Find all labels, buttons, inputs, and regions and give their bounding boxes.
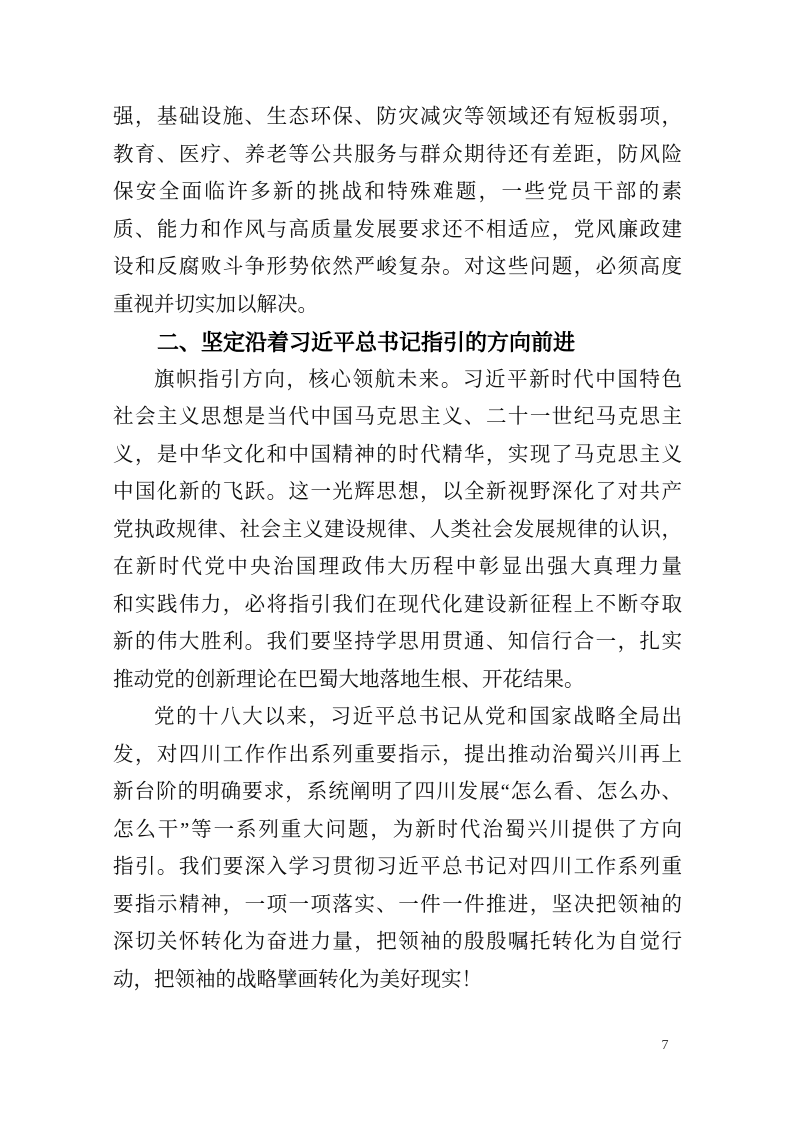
text-line: 中国化新的飞跃。这一光辉思想，以全新视野深化了对共产	[113, 474, 682, 512]
text-line: 深切关怀转化为奋进力量，把领袖的殷殷嘱托转化为自觉行	[113, 924, 682, 962]
text-line: 在新时代党中央治国理政伟大历程中彰显出强大真理力量	[113, 549, 682, 587]
text-line: 社会主义思想是当代中国马克思主义、二十一世纪马克思主	[113, 399, 682, 437]
text-line: 党执政规律、社会主义建设规律、人类社会发展规律的认识，	[113, 512, 682, 550]
text-line: 新的伟大胜利。我们要坚持学思用贯通、知信行合一，扎实	[113, 624, 682, 662]
text-line: 推动党的创新理论在巴蜀大地落地生根、开花结果。	[113, 662, 682, 700]
paragraph: 强，基础设施、生态环保、防灾减灾等领域还有短板弱项，教育、医疗、养老等公共服务与…	[113, 99, 682, 324]
text-line: 党的十八大以来，习近平总书记从党和国家战略全局出	[113, 699, 682, 737]
text-line: 保安全面临许多新的挑战和特殊难题，一些党员干部的素	[113, 174, 682, 212]
text-line: 指引。我们要深入学习贯彻习近平总书记对四川工作系列重	[113, 849, 682, 887]
text-line: 要指示精神，一项一项落实、一件一件推进，坚决把领袖的	[113, 887, 682, 925]
text-line: 新台阶的明确要求，系统阐明了四川发展“怎么看、怎么办、	[113, 774, 682, 812]
document-body: 强，基础设施、生态环保、防灾减灾等领域还有短板弱项，教育、医疗、养老等公共服务与…	[113, 99, 682, 999]
text-line: 强，基础设施、生态环保、防灾减灾等领域还有短板弱项，	[113, 99, 682, 137]
text-line: 动，把领袖的战略擘画转化为美好现实！	[113, 962, 682, 1000]
heading-line: 二、坚定沿着习近平总书记指引的方向前进	[113, 324, 682, 362]
text-line: 教育、医疗、养老等公共服务与群众期待还有差距，防风险	[113, 137, 682, 175]
text-line: 重视并切实加以解决。	[113, 287, 682, 325]
paragraph: 党的十八大以来，习近平总书记从党和国家战略全局出发，对四川工作作出系列重要指示，…	[113, 699, 682, 999]
text-line: 和实践伟力，必将指引我们在现代化建设新征程上不断夺取	[113, 587, 682, 625]
text-line: 义，是中华文化和中国精神的时代精华，实现了马克思主义	[113, 437, 682, 475]
document-page: 强，基础设施、生态环保、防灾减灾等领域还有短板弱项，教育、医疗、养老等公共服务与…	[0, 0, 793, 1122]
text-line: 质、能力和作风与高质量发展要求还不相适应，党风廉政建	[113, 212, 682, 250]
paragraph: 旗帜指引方向，核心领航未来。习近平新时代中国特色社会主义思想是当代中国马克思主义…	[113, 362, 682, 700]
page-number: 7	[640, 1036, 690, 1056]
text-line: 设和反腐败斗争形势依然严峻复杂。对这些问题，必须高度	[113, 249, 682, 287]
text-line: 怎么干”等一系列重大问题，为新时代治蜀兴川提供了方向	[113, 812, 682, 850]
text-line: 发，对四川工作作出系列重要指示，提出推动治蜀兴川再上	[113, 737, 682, 775]
section-heading: 二、坚定沿着习近平总书记指引的方向前进	[113, 324, 682, 362]
text-line: 旗帜指引方向，核心领航未来。习近平新时代中国特色	[113, 362, 682, 400]
